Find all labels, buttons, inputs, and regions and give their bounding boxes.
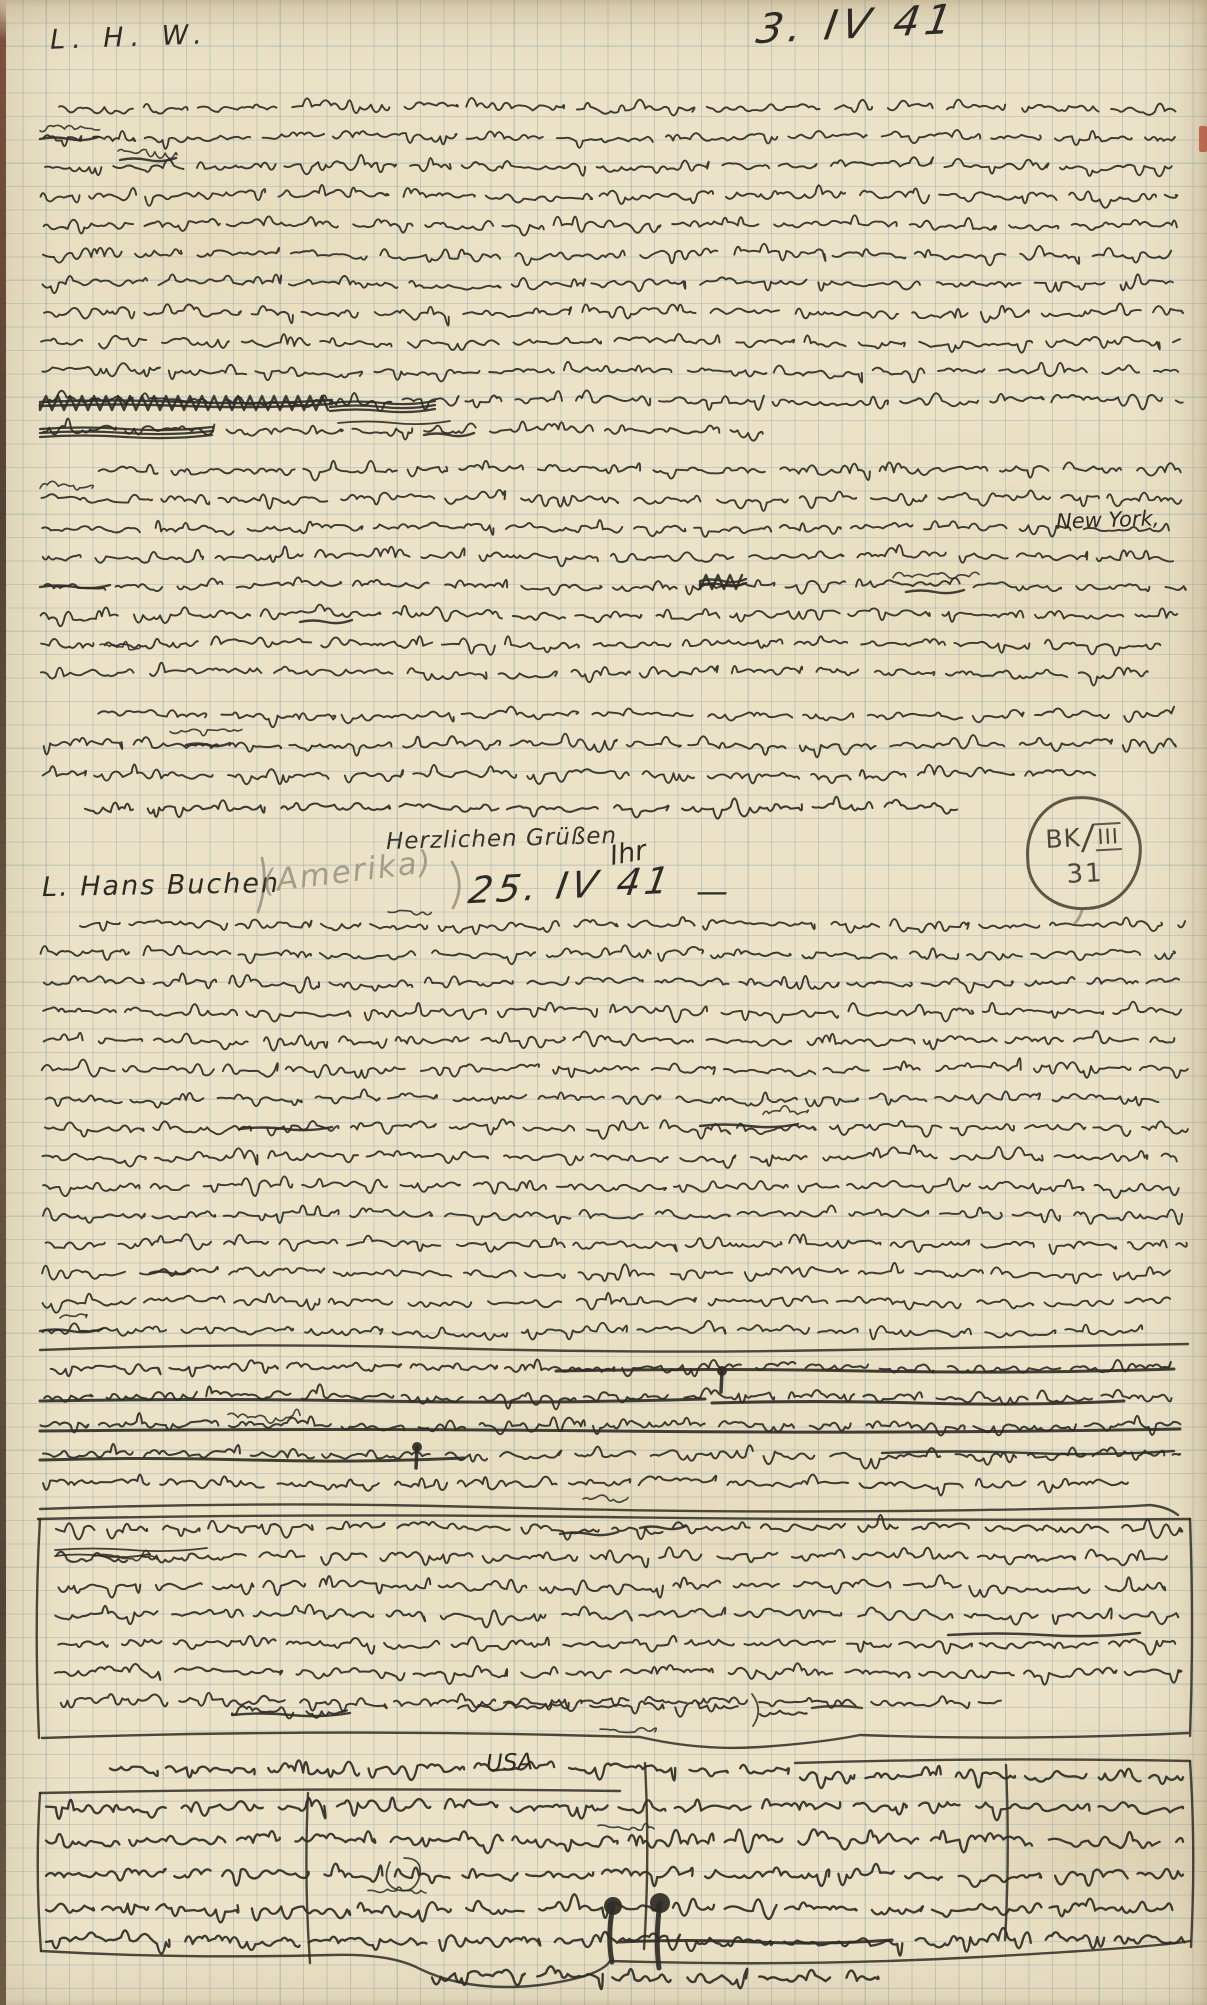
stamp-slash: / (1080, 817, 1096, 858)
stamp-prefix: BK (1045, 823, 1082, 854)
stamp-code: BK/III (1044, 816, 1122, 860)
fragment-usa: USA (486, 1749, 534, 1777)
fragment-new-york: New York, (1056, 506, 1160, 534)
letter2-salutation: L. Hans Buchen (42, 868, 281, 903)
stamp-numeral: III (1095, 822, 1122, 851)
manuscript-page: L. H. W. 3. IV 41 Herzlichen Grüßen Ihr … (0, 0, 1207, 2005)
handwriting-canvas (0, 0, 1207, 2005)
letter2-dash: — (696, 872, 728, 910)
stamp-number: 31 (1066, 858, 1105, 890)
letter1-salutation: L. H. W. (50, 19, 210, 56)
